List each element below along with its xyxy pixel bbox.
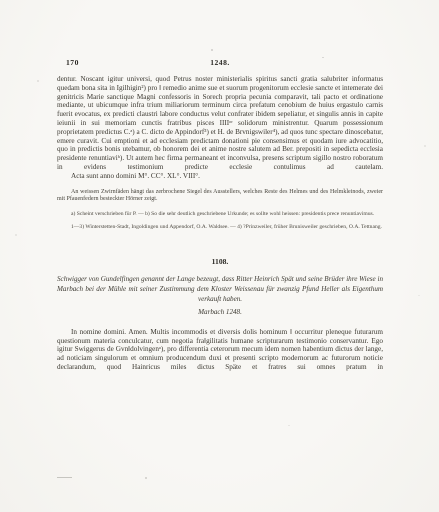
scan-speck: [37, 80, 39, 82]
entry-1108-place-date: Marbach 1248.: [57, 308, 383, 316]
charter-1108-text: In nomine domini. Amen. Multis incommodi…: [57, 328, 383, 372]
footnote-numbers: 1—3) Winterstetten-Stadt, Ingoldingen un…: [57, 224, 383, 231]
entry-1108-regest: Schwigger von Gundelfingen genannt der L…: [57, 274, 383, 304]
scan-speck: [424, 145, 426, 147]
scanned-book-page: 170 1248. dentur. Noscant igitur univers…: [0, 0, 439, 512]
scan-speck: [211, 49, 213, 51]
charter-1107-datum-line: Acta sunt anno domini M°. CC°. XL°. VIII…: [57, 172, 383, 181]
scan-speck: [15, 234, 17, 236]
text-column: 170 1248. dentur. Noscant igitur univers…: [57, 58, 383, 372]
scan-dash-artifact: [57, 477, 72, 478]
scan-speck: [322, 57, 324, 58]
scan-speck: [145, 477, 147, 479]
scan-speck: [418, 295, 420, 296]
entry-number-1108: 1108.: [57, 257, 383, 266]
page-header: 170 1248.: [57, 58, 383, 68]
seal-description: An weissen Zwirnfäden hängt das zerbroch…: [57, 189, 383, 204]
running-head-year: 1248.: [57, 58, 383, 67]
footnote-letters: a) Scheint verschrieben für P. — b) So d…: [57, 211, 383, 218]
scan-speck: [288, 425, 290, 426]
charter-1107-text: dentur. Noscant igitur universi, quod Pe…: [57, 75, 383, 172]
